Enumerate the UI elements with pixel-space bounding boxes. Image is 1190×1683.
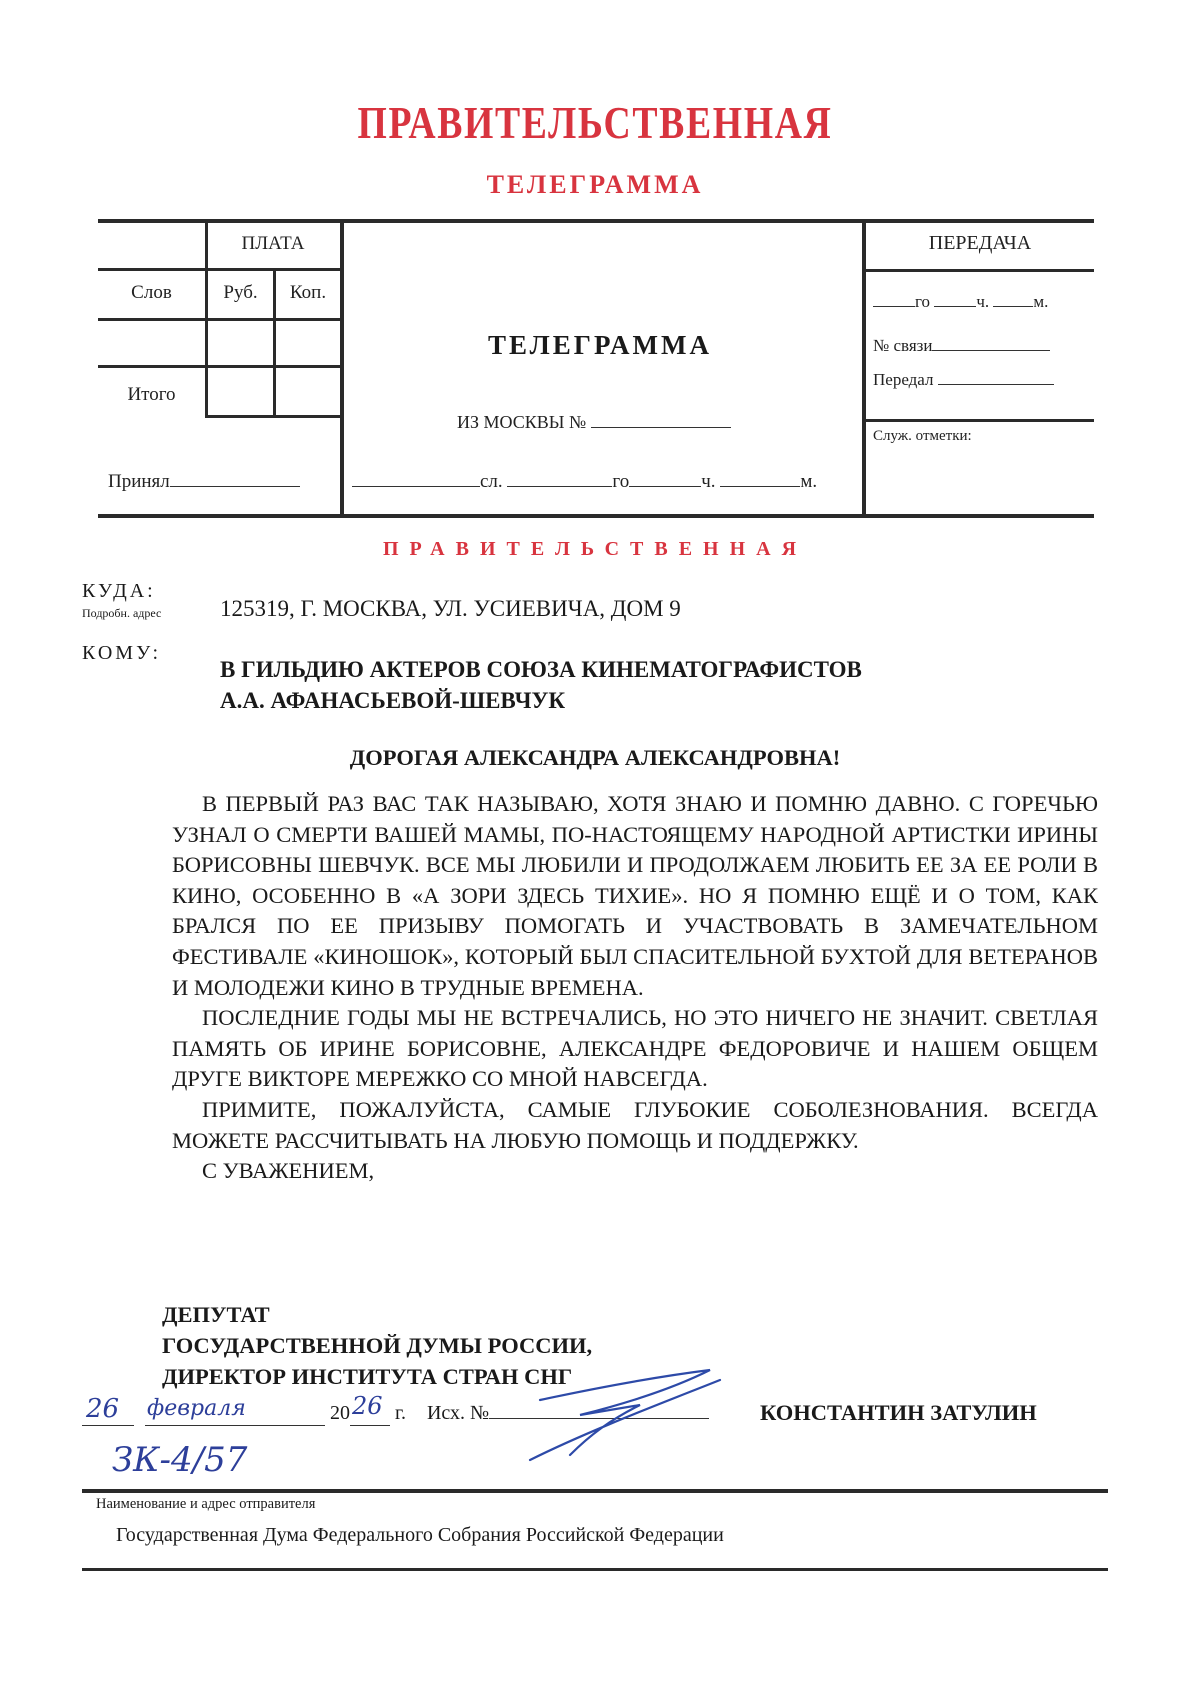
paragraph-3: ПРИМИТЕ, ПОЖАЛУЙСТА, САМЫЕ ГЛУБОКИЕ СОБО… [172,1095,1098,1156]
year-g: г. [395,1402,406,1424]
header-title: ПРАВИТЕЛЬСТВЕННАЯ [107,96,1083,149]
prinyal-blank[interactable] [170,468,300,487]
signer-title-1: ДЕПУТАТ [162,1302,270,1328]
signature-scribble-icon [470,1360,730,1470]
svyazi-field[interactable]: № связи [873,332,1050,356]
registry-number: ЗК-4/57 [112,1440,247,1480]
from-label: ИЗ МОСКВЫ № [457,412,586,432]
signer-name: КОНСТАНТИН ЗАТУЛИН [760,1400,1037,1426]
sender-label: Наименование и адрес отправителя [96,1496,315,1513]
year-prefix: 20 [330,1402,350,1424]
paragraph-2: ПОСЛЕДНИЕ ГОДЫ МЫ НЕ ВСТРЕЧАЛИСЬ, НО ЭТО… [172,1003,1098,1095]
from-moscow-field[interactable]: ИЗ МОСКВЫ № [457,409,731,433]
year-suffix: 26 [352,1392,383,1420]
salutation: ДОРОГАЯ АЛЕКСАНДРА АЛЕКСАНДРОВНА! [0,745,1190,771]
rub-label: Руб. [207,282,274,304]
from-number-blank[interactable] [591,409,731,428]
sender-value: Государственная Дума Федерального Собран… [116,1524,724,1547]
podrobn-label: Подробн. адрес [82,606,161,621]
time-received-field[interactable]: сл. гоч. м. [352,468,817,493]
header-subtitle: ТЕЛЕГРАММА [0,170,1190,200]
signer-title-2: ГОСУДАРСТВЕННОЙ ДУМЫ РОССИИ, [162,1333,592,1359]
sluzh-label: Служ. отметки: [873,428,972,445]
bottom-divider [82,1568,1108,1571]
government-band: ПРАВИТЕЛЬСТВЕННАЯ [0,538,1190,561]
kop-label: Коп. [275,282,341,304]
center-title: ТЕЛЕГРАММА [340,330,860,361]
date-day: 26 [86,1394,119,1424]
date-month: февраля [147,1396,246,1421]
prinyal-field[interactable]: Принял [108,468,300,493]
paragraph-1: В ПЕРВЫЙ РАЗ ВАС ТАК НАЗЫВАЮ, ХОТЯ ЗНАЮ … [172,789,1098,1003]
peredacha-label: ПЕРЕДАЧА [866,232,1094,255]
komu-label: КОМУ: [82,642,161,665]
peredal-field[interactable]: Передал [873,366,1054,390]
peredacha-time-field[interactable]: го ч. м. [873,288,1048,312]
komu-line1: В ГИЛЬДИЮ АКТЕРОВ СОЮЗА КИНЕМАТОГРАФИСТО… [220,657,862,683]
paragraph-4: С УВАЖЕНИЕМ, [172,1156,1098,1187]
kuda-value: 125319, Г. МОСКВА, УЛ. УСИЕВИЧА, ДОМ 9 [220,596,681,622]
slov-label: Слов [98,282,205,304]
letter-body: В ПЕРВЫЙ РАЗ ВАС ТАК НАЗЫВАЮ, ХОТЯ ЗНАЮ … [172,789,1098,1187]
prinyal-label: Принял [108,471,170,492]
kuda-label: КУДА: [82,580,156,603]
itogo-label: Итого [98,384,205,406]
plata-label: ПЛАТА [205,233,341,255]
komu-line2: А.А. АФАНАСЬЕВОЙ-ШЕВЧУК [220,688,565,714]
sender-divider [82,1489,1108,1493]
